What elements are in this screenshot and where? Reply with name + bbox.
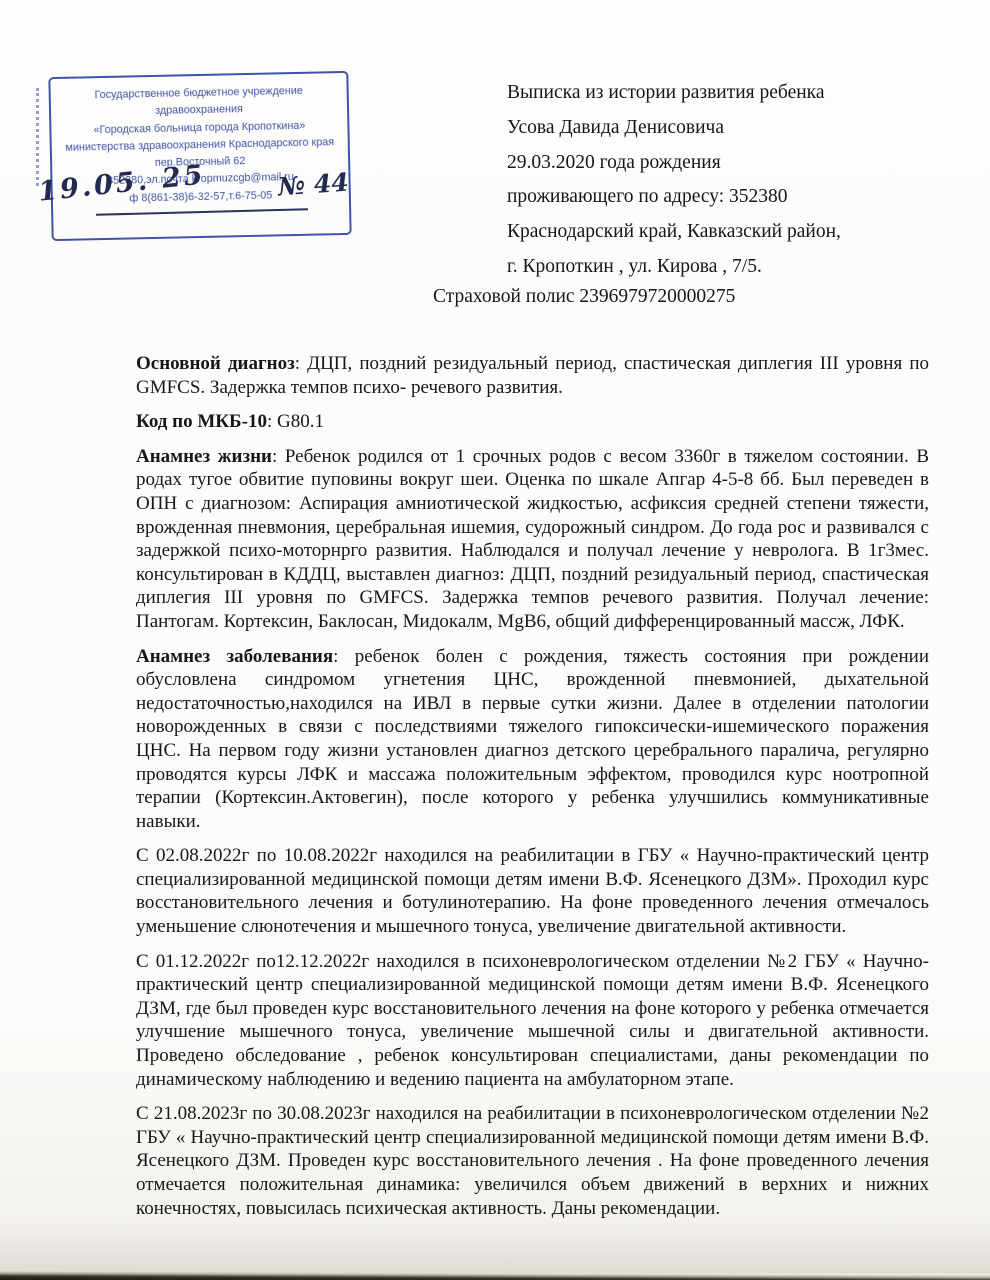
address-line-1: проживающего по адресу: 352380 bbox=[507, 180, 841, 215]
paragraph-main-diagnosis: Основной диагноз: ДЦП, поздний резидуаль… bbox=[136, 352, 929, 399]
patient-name: Усова Давида Денисовича bbox=[507, 111, 841, 146]
document-header: Выписка из истории развития ребенка Усов… bbox=[507, 76, 841, 285]
scanned-page: Государственное бюджетное учреждение здр… bbox=[0, 0, 990, 1280]
paragraph-text: : ребенок болен с рождения, тяжесть сост… bbox=[136, 646, 929, 832]
paragraph-rehab-2022-08: С 02.08.2022г по 10.08.2022г находился н… bbox=[136, 844, 929, 938]
birth-date: 29.03.2020 года рождения bbox=[507, 146, 841, 181]
address-line-2: Краснодарский край, Кавказский район, bbox=[507, 215, 841, 250]
paragraph-rehab-2022-12: С 01.12.2022г по12.12.2022г находился в … bbox=[136, 950, 929, 1092]
paragraph-text: С 01.12.2022г по12.12.2022г находился в … bbox=[136, 951, 929, 1090]
address-line-3: г. Кропоткин , ул. Кирова , 7/5. bbox=[507, 250, 841, 285]
paragraph-label: Анамнез жизни bbox=[136, 446, 272, 467]
document-body: Основной диагноз: ДЦП, поздний резидуаль… bbox=[136, 352, 929, 1231]
paragraph-life-anamnesis: Анамнез жизни: Ребенок родился от 1 сроч… bbox=[136, 445, 929, 634]
paragraph-disease-anamnesis: Анамнез заболевания: ребенок болен с рож… bbox=[136, 645, 929, 834]
insurance-policy-line: Страховой полис 2396979720000275 bbox=[433, 286, 735, 308]
handwritten-number: № 44 bbox=[277, 168, 350, 202]
hospital-stamp: Государственное бюджетное учреждение здр… bbox=[48, 71, 351, 241]
paragraph-icd-code: Код по МКБ-10: G80.1 bbox=[136, 410, 929, 434]
paragraph-label: Основной диагноз bbox=[136, 353, 295, 374]
paragraph-label: Код по МКБ-10 bbox=[136, 411, 267, 432]
paragraph-label: Анамнез заболевания bbox=[136, 646, 333, 667]
scan-shadow bbox=[0, 1218, 990, 1273]
paragraph-rehab-2023-08: С 21.08.2023г по 30.08.2023г находился н… bbox=[136, 1102, 929, 1220]
doc-title: Выписка из истории развития ребенка bbox=[507, 76, 841, 111]
paragraph-text: : G80.1 bbox=[267, 411, 324, 432]
paragraph-text: : Ребенок родился от 1 срочных родов с в… bbox=[136, 446, 929, 632]
paragraph-text: С 21.08.2023г по 30.08.2023г находился н… bbox=[136, 1103, 929, 1218]
paragraph-text: С 02.08.2022г по 10.08.2022г находился н… bbox=[136, 845, 929, 937]
stamp-ink-marks bbox=[36, 88, 39, 186]
